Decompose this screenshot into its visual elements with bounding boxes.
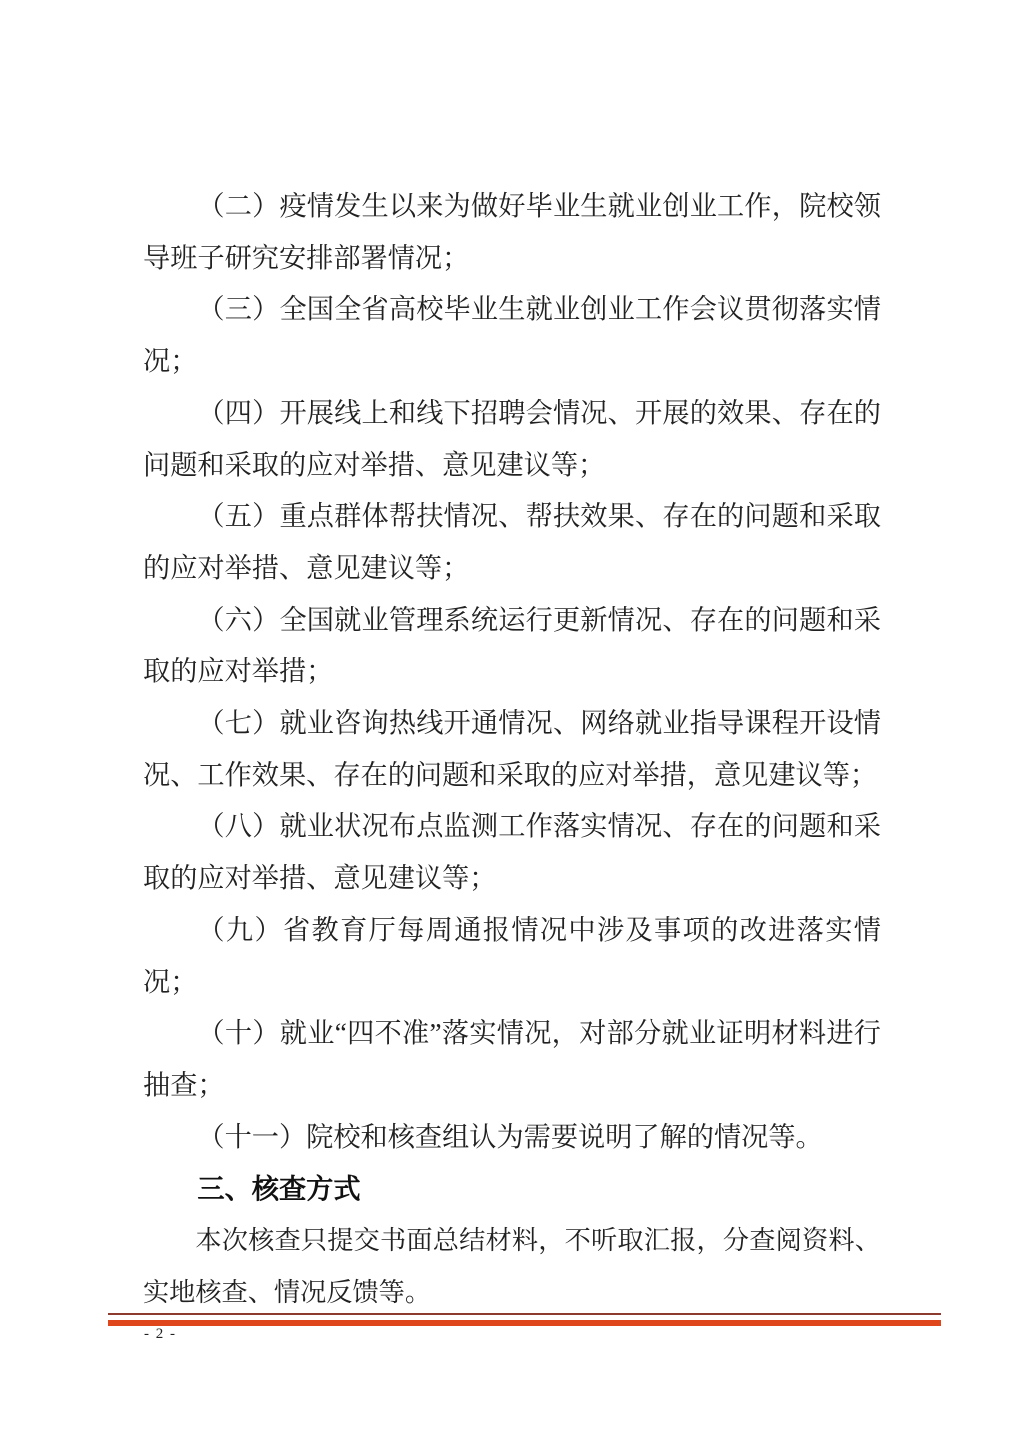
paragraph-inspection-method-body: 本次核查只提交书面总结材料，不听取汇报，分查阅资料、实地核查、情况反馈等。 — [143, 1215, 881, 1318]
paragraph-item-9: （九）省教育厅每周通报情况中涉及事项的改进落实情况； — [143, 905, 881, 1008]
paragraph-item-3: （三）全国全省高校毕业生就业创业工作会议贯彻落实情况； — [143, 284, 881, 387]
paragraph-item-5: （五）重点群体帮扶情况、帮扶效果、存在的问题和采取的应对举措、意见建议等； — [143, 491, 881, 594]
paragraph-item-10: （十）就业“四不准”落实情况，对部分就业证明材料进行抽查； — [143, 1008, 881, 1111]
paragraph-item-11: （十一）院校和核查组认为需要说明了解的情况等。 — [143, 1112, 881, 1164]
footer-rule-thin — [108, 1313, 941, 1315]
page-number: - 2 - — [144, 1326, 177, 1342]
section-heading-inspection-method: 三、核查方式 — [143, 1163, 881, 1215]
paragraph-item-2: （二）疫情发生以来为做好毕业生就业创业工作，院校领导班子研究安排部署情况； — [143, 181, 881, 284]
document-body: （二）疫情发生以来为做好毕业生就业创业工作，院校领导班子研究安排部署情况； （三… — [143, 181, 881, 1318]
footer-rule-thick — [108, 1320, 941, 1326]
paragraph-item-4: （四）开展线上和线下招聘会情况、开展的效果、存在的问题和采取的应对举措、意见建议… — [143, 388, 881, 491]
document-page: （二）疫情发生以来为做好毕业生就业创业工作，院校领导班子研究安排部署情况； （三… — [0, 0, 1024, 1448]
paragraph-item-8: （八）就业状况布点监测工作落实情况、存在的问题和采取的应对举措、意见建议等； — [143, 801, 881, 904]
paragraph-item-6: （六）全国就业管理系统运行更新情况、存在的问题和采取的应对举措； — [143, 595, 881, 698]
paragraph-item-7: （七）就业咨询热线开通情况、网络就业指导课程开设情况、工作效果、存在的问题和采取… — [143, 698, 881, 801]
